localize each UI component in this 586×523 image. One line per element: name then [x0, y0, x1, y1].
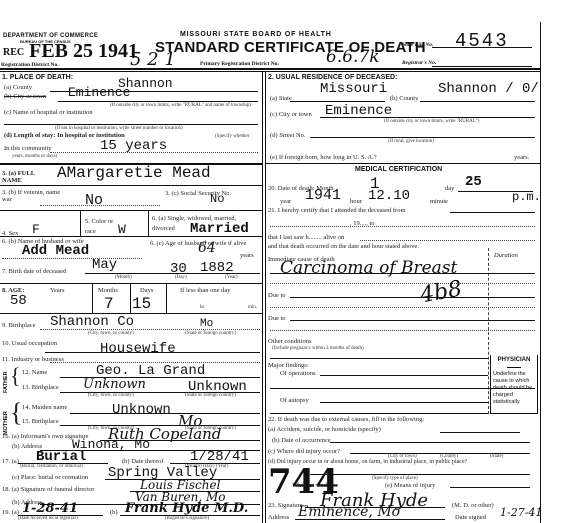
registrar-signature-note: (Registrar's signature) [165, 516, 209, 521]
burial-place-label: (c) Place: burial or cremation [12, 474, 88, 481]
mother-group-label: MOTHER [3, 399, 9, 435]
physician-address-value: Eminence, Mo [298, 504, 400, 520]
color-value: W [118, 222, 126, 237]
hospital-label: (c) Name of hospital or institution [4, 109, 93, 116]
primary-registration-value: 6.6.7k [326, 47, 380, 67]
injury-where-label: (c) Where did injury occur? [268, 448, 340, 455]
death-city-value: Eminence [68, 85, 130, 100]
medical-certification-heading: MEDICAL CERTIFICATION [355, 166, 442, 173]
date-signed-value: 1-27-41 [500, 506, 542, 519]
disposal-date-label: (b) Date thereof [122, 458, 164, 465]
death-day-label: day [445, 185, 454, 192]
father-group-label: FATHER [3, 365, 9, 393]
occurrence-date-label: (b) Date of occurrence [272, 437, 331, 444]
age-years-value: 58 [10, 293, 27, 309]
age-min-label: min. [248, 305, 257, 310]
spouse-age-value: 64 [198, 240, 216, 256]
last-seen-label: that I last saw h........ alive on [268, 234, 344, 241]
filed-date-note: (Date received local registrar) [18, 516, 78, 521]
physician-title-label: (M. D. or other) [452, 502, 494, 509]
death-city-label: (b) City or town [4, 93, 46, 100]
major-findings-label: Major findings: [268, 362, 309, 369]
residence-county-label: (b) County [390, 95, 418, 102]
birth-month-value: May [92, 257, 117, 273]
death-hour-label: hour [350, 198, 362, 205]
primary-registration-label: Primary Registration District No. [200, 61, 279, 67]
mother-brace-icon: { [10, 400, 22, 426]
disposal-label: 17. (a) [2, 458, 19, 465]
residence-state-value: Missouri [320, 81, 387, 97]
disposal-note: (Burial, cremation, or removal) [20, 464, 83, 469]
residence-state-label: (a) State [270, 95, 292, 102]
hospital-note: (If not in hospital or institution, writ… [55, 126, 183, 131]
other-conditions-note: (Include pregnancy within 3 months of de… [272, 346, 364, 351]
operations-label: Of operations [280, 370, 316, 377]
stay-note: (Specify whether [215, 134, 249, 139]
place-of-death-heading: 1. PLACE OF DEATH: [2, 74, 73, 81]
physician-box-title: PHYSICIAN [491, 357, 537, 364]
funeral-director-label: 18. (a) Signature of funeral director [2, 486, 94, 493]
due-to-label-2: Due to [268, 315, 286, 322]
birth-day-note: (Day) [175, 275, 187, 280]
age-years-label: Years [50, 287, 65, 294]
board-label: MISSOURI STATE BOARD OF HEALTH [180, 31, 332, 38]
foreign-born-suffix: years. [514, 154, 529, 161]
residence-county-value: Shannon / 0/ [438, 81, 539, 97]
registrar-signature-label: (b) [110, 509, 118, 516]
birth-date-label: 7. Birth date of deceased [2, 268, 66, 275]
physician-box-text: Underline the cause to which death shoul… [491, 371, 537, 406]
margin-mark-4b8: 4b8 [418, 277, 464, 309]
birthplace-note-state: (State or foreign country) [185, 331, 236, 336]
residence-city-label: (c) City or town [270, 111, 312, 118]
mother-birthplace-label: 15. Birthplace [22, 418, 59, 425]
birthplace-value: Shannon Co [50, 314, 134, 330]
due-to-label-1: Due to [268, 292, 286, 299]
residence-street-label: (d) Street No. [270, 132, 306, 139]
filed-date-value: 1-28-41 [22, 501, 78, 516]
death-year-value: 1941 [305, 187, 341, 204]
veteran-label: 3. (b) If veteran, name war [2, 189, 62, 203]
father-birthplace-label: 13. Birthplace [22, 384, 59, 391]
ssn-label: 3. (c) Social Security No. [165, 189, 235, 198]
age-months-label: Months [98, 287, 118, 294]
death-ampm-value: p.m. [512, 190, 541, 204]
birthplace-note-city: (City, town, or county) [88, 331, 134, 336]
autopsy-label: Of autopsy [280, 397, 309, 404]
father-brace-icon: { [10, 365, 21, 387]
occupation-label: 10. Usual occupation [2, 340, 57, 347]
accident-label: (a) Accident, suicide, or homicide (spec… [268, 426, 381, 433]
state-file-label: State File No. [402, 42, 433, 48]
death-county-label: (a) County [4, 84, 32, 91]
registrar-signature-value: Frank Hyde M.D. [125, 501, 248, 516]
death-occurred-label: and that death occurred on the date and … [268, 243, 419, 250]
certify-label: 21. I hereby certify that I attended the… [268, 207, 406, 214]
mother-maiden-value: Unknown [112, 402, 171, 418]
death-minute-label: minute [430, 198, 448, 205]
foreign-born-label: (e) If foreign born, how long in U. S. A… [270, 154, 377, 161]
death-hour-value: 12.10 [368, 188, 410, 204]
external-causes-heading: 22. If death was due to external causes,… [268, 416, 424, 423]
physician-address-label: Address [268, 514, 289, 521]
full-name-value: AMargaretie Mead [57, 164, 211, 182]
occupation-value: Housewife [100, 341, 176, 357]
age-months-value: 7 [104, 295, 114, 313]
duration-label: Duration [494, 252, 518, 259]
birth-year-note: (Year) [225, 275, 238, 280]
age-hr-label: hr. [200, 305, 205, 310]
physician-note-box: PHYSICIAN Underline the cause to which d… [490, 355, 538, 414]
other-conditions-label: Other conditions [268, 338, 312, 345]
birthplace-label: 9. Birthplace [2, 322, 36, 329]
state-file-number: 4543 [455, 30, 509, 52]
birth-month-note: (Month) [115, 275, 132, 280]
father-birthplace-note-city: (City, town, or county) [88, 393, 134, 398]
community-note: years, months or days) [12, 154, 57, 159]
received-date-stamp: REC FEB 25 1941 [3, 40, 138, 63]
father-birthplace-city-value: Unknown [83, 377, 146, 392]
father-name-label: 12. Name [22, 369, 47, 376]
sex-value: F [32, 222, 40, 237]
marital-status-value: Married [190, 221, 249, 237]
date-signed-label: Date signed [455, 514, 486, 521]
spouse-age-suffix: years [240, 252, 254, 259]
mother-maiden-label: 14. Maiden name [22, 404, 67, 411]
residence-city-note: (If outside city or town limits, write "… [384, 119, 479, 124]
certificate-title: STANDARD CERTIFICATE OF DEATH [155, 39, 426, 56]
father-birthplace-note-state: (State or foreign country) [185, 393, 236, 398]
where-note-state: (State) [490, 454, 503, 459]
full-name-label: 3. (a) FULL NAME [2, 170, 44, 184]
filed-date-label: 19. (a) [2, 509, 19, 516]
usual-residence-heading: 2. USUAL RESIDENCE OF DECEASED: [268, 74, 397, 81]
age-days-value: 15 [132, 295, 151, 313]
age-less-than-day-label: If less than one day [180, 287, 231, 294]
ssn-value: No [210, 192, 224, 206]
immediate-cause-value: Carcinoma of Breast [280, 258, 457, 278]
while-at-work-label: While at work? [292, 482, 332, 489]
means-of-injury-label: (e) Means of injury [385, 482, 435, 489]
place-type-note: (Specify type of place) [372, 476, 418, 481]
residence-street-note: (If rural, give location) [388, 139, 434, 144]
age-days-label: Days [140, 287, 153, 294]
death-city-note: (If outside city or town limits, write "… [110, 103, 251, 108]
spouse-name-value: Add Mead [22, 243, 89, 259]
community-label: In this community [4, 145, 52, 152]
veteran-value: No [85, 192, 103, 209]
death-year-label: year [280, 198, 291, 205]
death-day-value: 25 [465, 174, 482, 190]
